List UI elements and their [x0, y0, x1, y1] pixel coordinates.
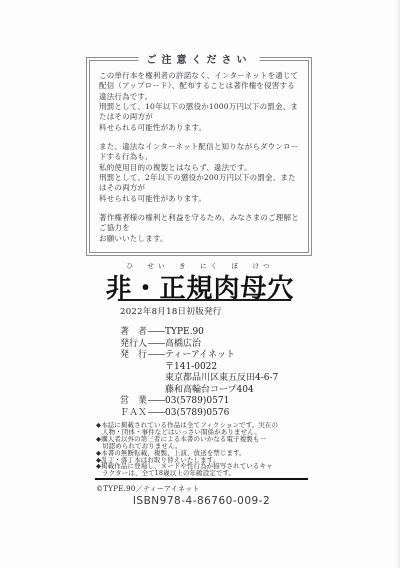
publisher-value: ティーアイネット: [165, 350, 235, 360]
colophon-page: ご注意ください この単行本を権利者の許諾なく、インターネットを通じて 配信（アッ…: [0, 0, 400, 568]
footer-divider: [95, 478, 308, 480]
postal-code: 〒141-0022: [120, 362, 320, 374]
address-line-1: 東京都品川区東五反田4-6-7: [120, 373, 320, 385]
disclaimer-notes: ◆本誌に掲載されている作品は全てフィクションです。実在の 人物・団体・事件などは…: [96, 422, 310, 477]
fax-value: 03(5789)0576: [165, 408, 229, 418]
disclaimer-note-copy: ◆購入者以外の第三者による本書のいかなる電子複製も一 切認められておりません。: [96, 436, 310, 450]
row-dash: ――: [147, 339, 165, 351]
disclaimer-note-fiction: ◆本誌に掲載されている作品は全てフィクションです。実在の 人物・団体・事件などは…: [96, 422, 310, 436]
fax-row: ＦＡＸ――03(5789)0576: [120, 408, 320, 420]
edition-date: 2022年8月18日初版発行: [120, 305, 222, 317]
publisher-person-value: 高橋広治: [165, 339, 201, 349]
publisher-row: 発 行――ティーアイネット: [120, 350, 320, 362]
copyright-line: ©TYPE.90／ティーアイネット: [96, 484, 200, 494]
publisher-label: 発 行: [120, 350, 147, 362]
author-row: 著 者――TYPE.90: [120, 327, 320, 339]
notice-paragraph-request: 著作権者様の権利と利益を守るため、みなさまのご理解とご協力を お願いいたします。: [99, 213, 299, 244]
notice-title: ご注意ください: [139, 51, 260, 66]
notice-body: この単行本を権利者の許諾なく、インターネットを通じて 配信（アップロード）、配布…: [89, 60, 309, 253]
row-dash: ――: [147, 396, 165, 408]
sales-phone-label: 営 業: [120, 396, 147, 408]
address-line-2: 藤和高輪台コープ404: [120, 385, 320, 397]
row-dash: ――: [147, 327, 165, 339]
row-dash: ――: [147, 408, 165, 420]
author-label: 著 者: [120, 327, 147, 339]
sales-phone-row: 営 業――03(5789)0571: [120, 396, 320, 408]
colophon-block: 著 者――TYPE.90 発行人――高橋広治 発 行――ティーアイネット 〒14…: [120, 327, 320, 419]
notice-paragraph-upload: この単行本を権利者の許諾なく、インターネットを通じて 配信（アップロード）、配布…: [99, 71, 299, 133]
copyright-notice-box: ご注意ください この単行本を権利者の許諾なく、インターネットを通じて 配信（アッ…: [86, 57, 312, 256]
publisher-person-row: 発行人――高橋広治: [120, 339, 320, 351]
notice-paragraph-download: また、違法なインターネット配信と知りながらダウンロードする行為も、 私的使用目的…: [99, 142, 299, 204]
title-divider: [118, 299, 291, 301]
author-value: TYPE.90: [165, 327, 204, 337]
isbn-number: ISBN978-4-86760-009-2: [95, 495, 308, 507]
row-dash: ――: [147, 350, 165, 362]
sales-phone-value: 03(5789)0571: [165, 396, 229, 406]
publisher-person-label: 発行人: [120, 339, 147, 351]
disclaimer-note-age: ◆掲載作品に登場し、ヌードや性行為が描写されているキャ ラクターは、全て18歳以…: [96, 463, 310, 477]
fax-label: ＦＡＸ: [120, 408, 147, 420]
